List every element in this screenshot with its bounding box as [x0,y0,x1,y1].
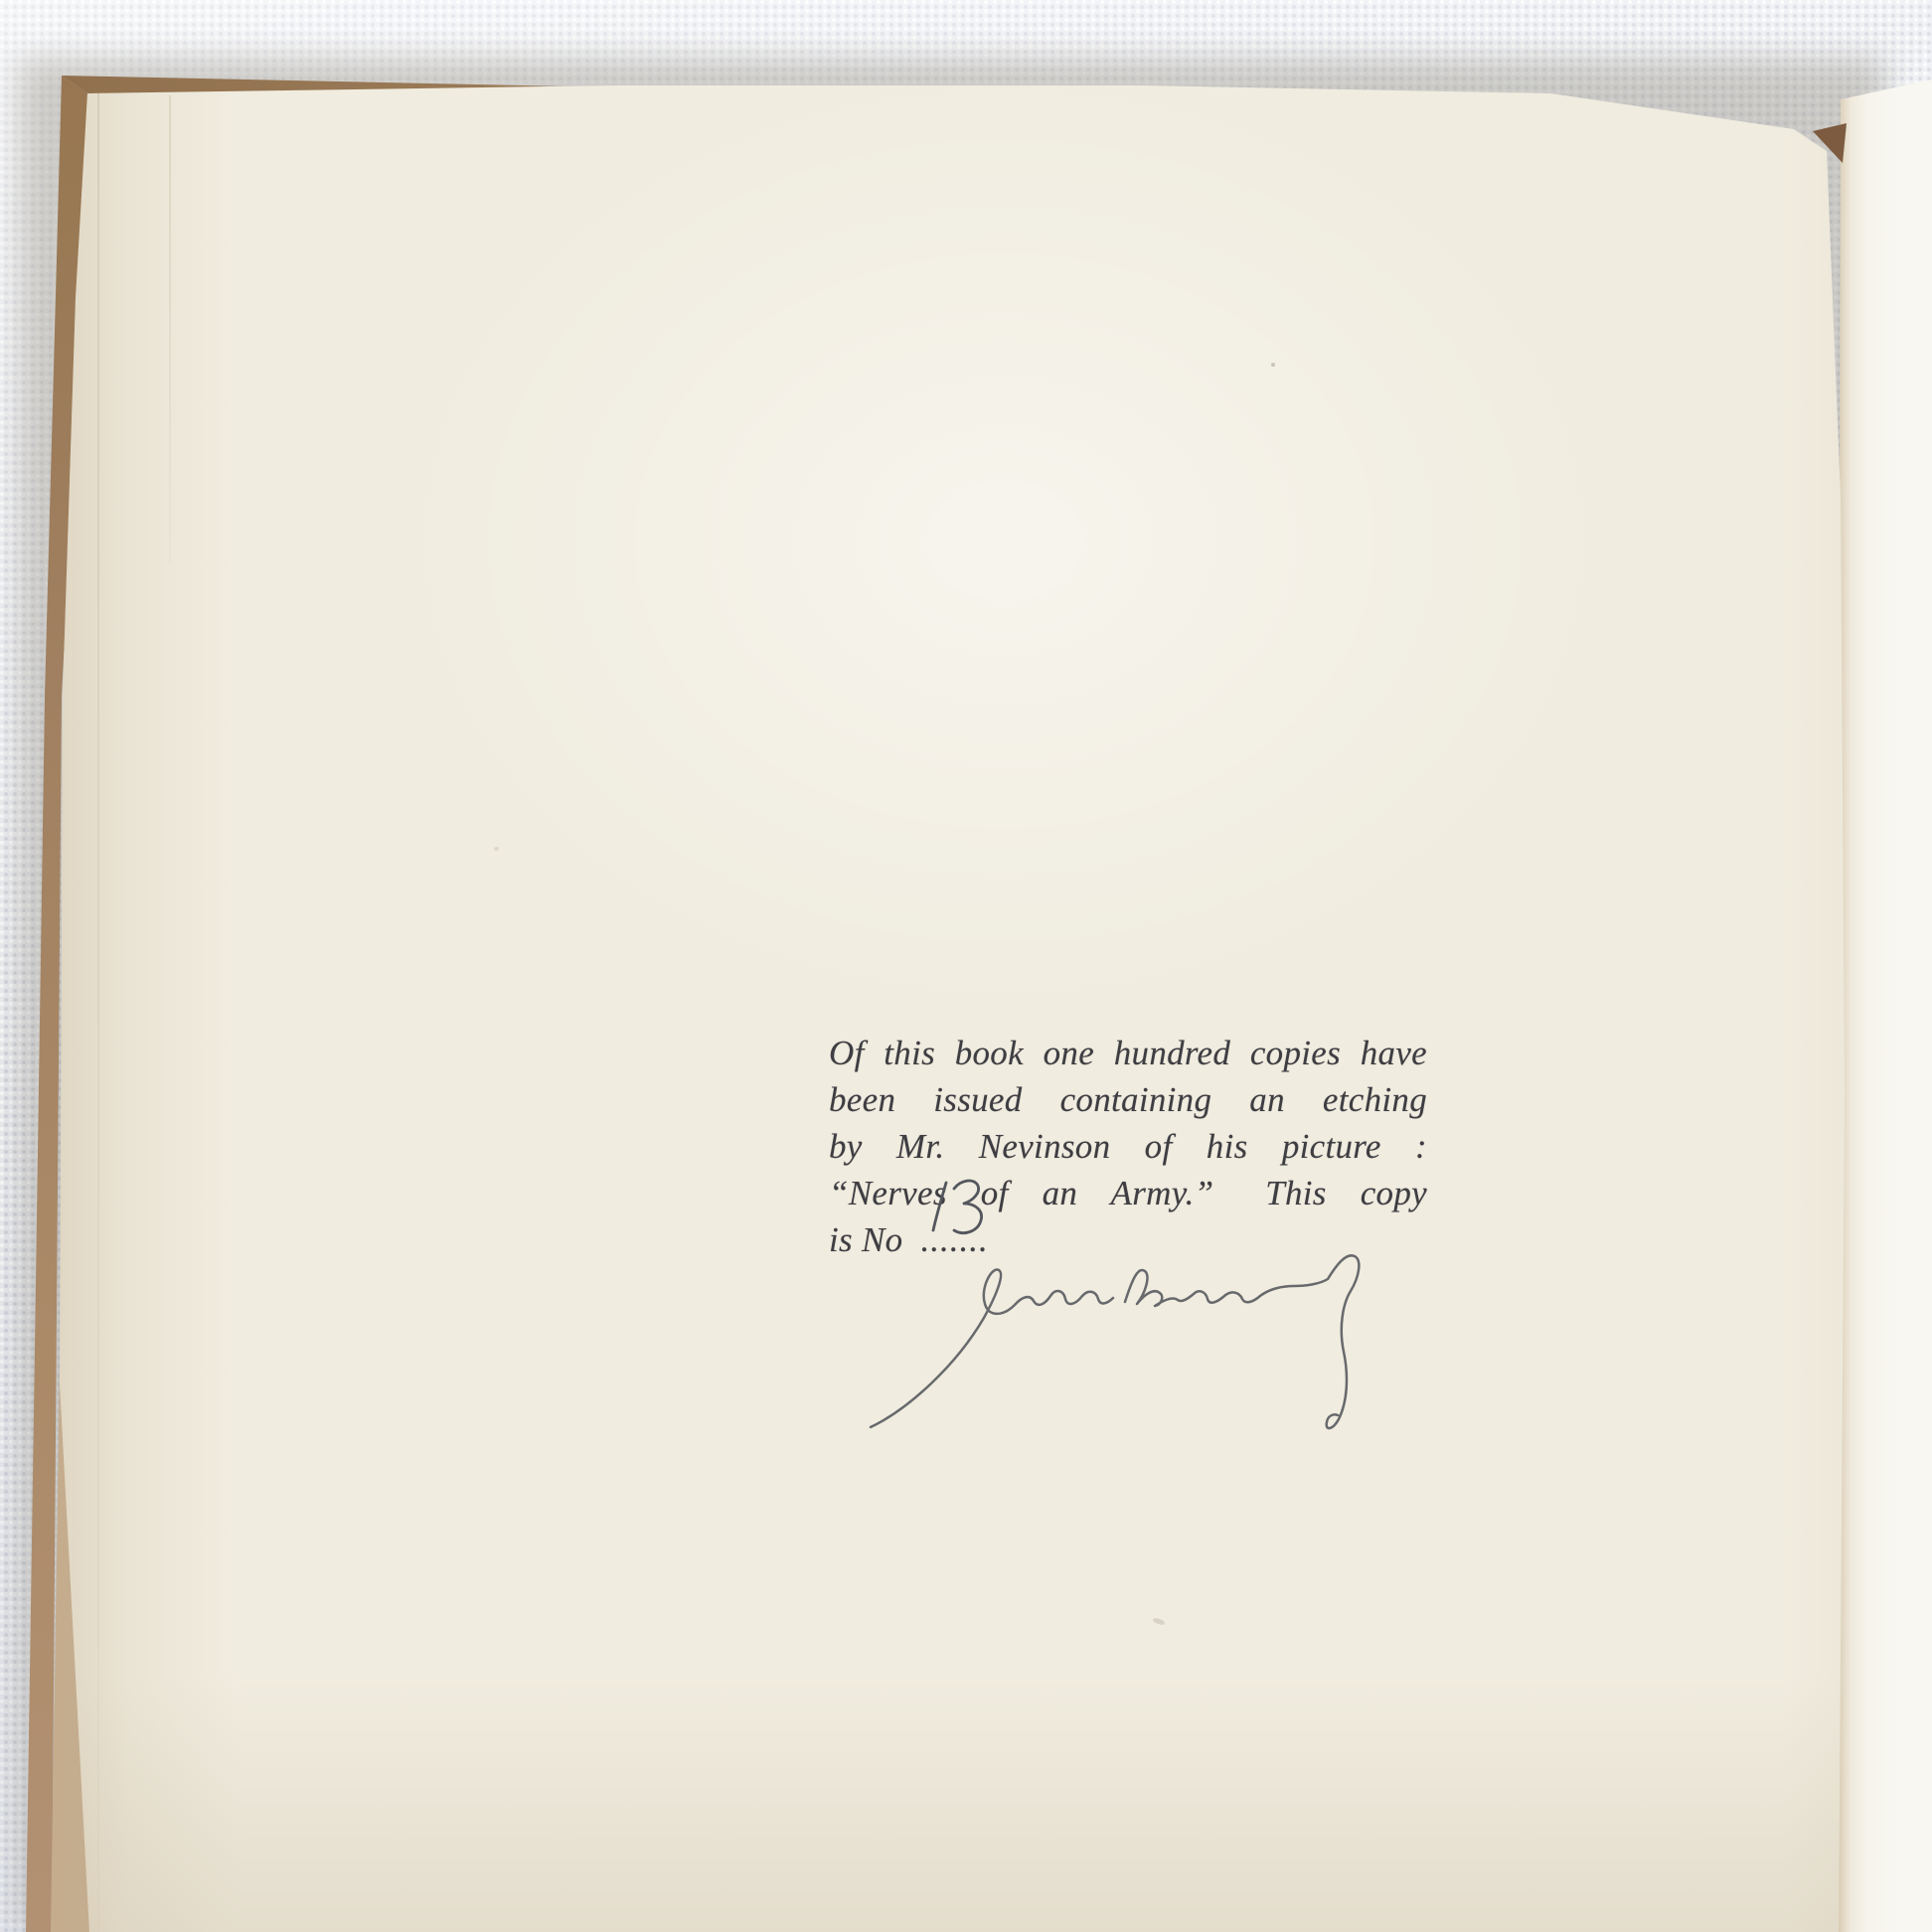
facing-page-edge [1835,78,1932,1932]
copy-number-value: 13 [989,1216,990,1217]
paper-speck [1271,363,1275,367]
colophon-line: been issued containing an etching [829,1076,1427,1123]
paper-speck [494,847,499,851]
paper-speck [1153,1617,1166,1625]
page-fold-line [97,93,99,1932]
page-fold-line [169,95,171,563]
handwritten-copy-number [916,1173,988,1246]
colophon-page: Of this book one hundred copies have bee… [0,0,1932,1932]
book-photo: Of this book one hundred copies have bee… [0,0,1932,1932]
colophon-line: Of this book one hundred copies have [829,1030,1427,1076]
colophon-text: Of this book one hundred copies have bee… [829,1030,1427,1263]
publisher-signature [857,1244,1383,1453]
colophon-line: by Mr. Nevinson of his picture : [829,1123,1427,1170]
